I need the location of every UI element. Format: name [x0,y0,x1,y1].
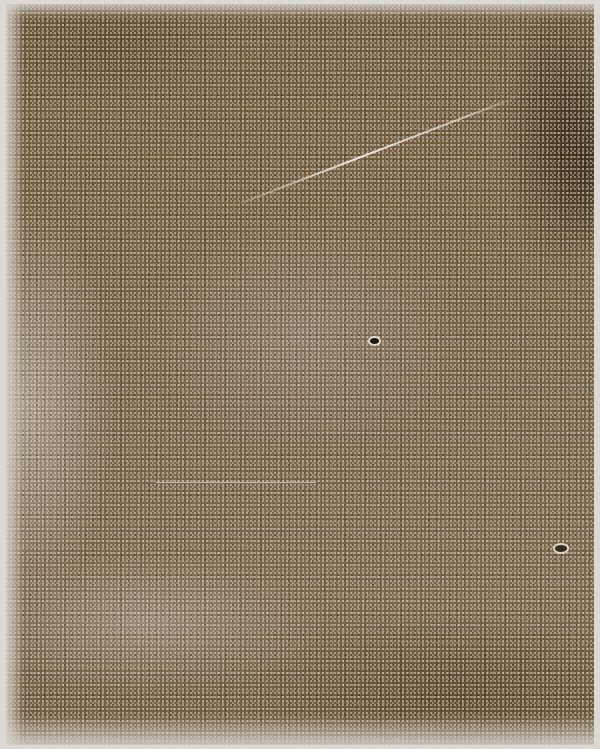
worn-top-edge [6,4,594,18]
puncture-mark-center [370,338,379,344]
puncture-mark-lower-right [555,545,567,552]
abstract-painting [6,4,594,745]
worn-left-edge [6,4,24,745]
horizontal-scratch [156,482,316,483]
brush-stroke-texture [6,4,594,745]
worn-bottom-edge [6,715,594,745]
artwork-canvas [0,0,600,749]
